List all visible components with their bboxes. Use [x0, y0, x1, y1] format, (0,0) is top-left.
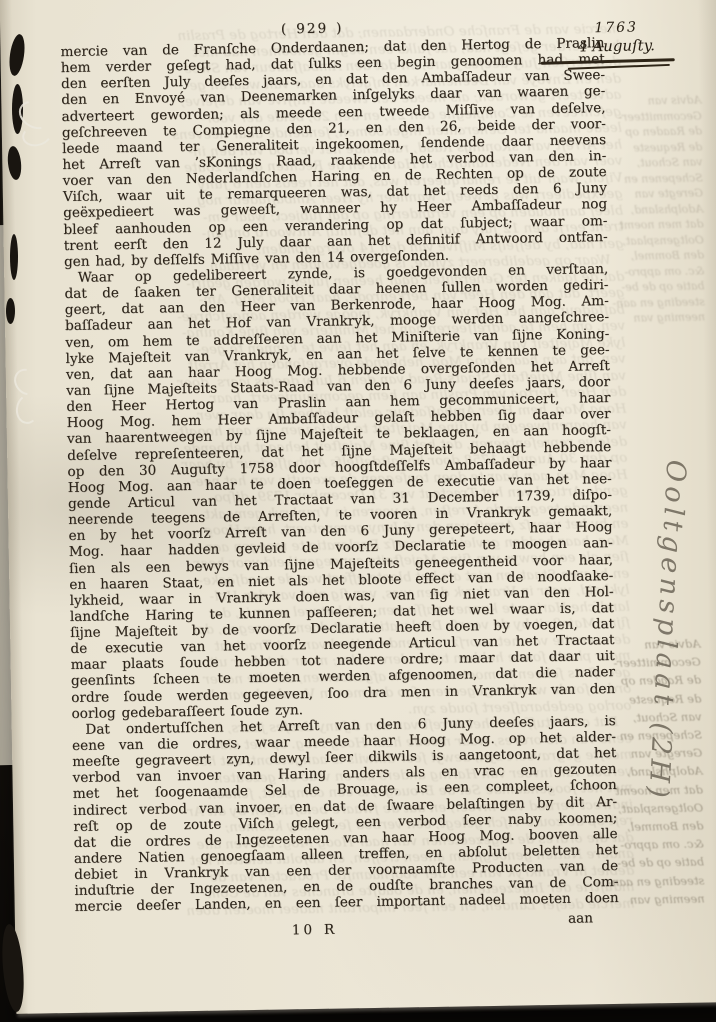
signature-mark: 10 R [292, 921, 338, 938]
bleed-line: batie op de be- [598, 278, 704, 295]
body-text: mercie van de Franſche Onderdaanen; dat … [60, 35, 618, 915]
bleed-line: Advis van [595, 92, 701, 109]
bleed-line: van Schout, [596, 154, 702, 171]
document-page: mercie van de Franſche Onderdaanen; dat … [0, 0, 716, 1014]
page-footer: 10 R aan [75, 910, 619, 949]
catchword: aan [568, 910, 593, 927]
bleed-line: Gecommitteer- [596, 108, 702, 125]
bleed-line: de Requeste [596, 139, 702, 156]
page-curl-shadow [698, 0, 716, 1002]
bleed-line: Adolphsland, [597, 201, 703, 218]
bleed-line: neeming van [599, 309, 705, 326]
verso-bleed-through-top: Advis vanGecommitteer-de Raaden opde Req… [595, 92, 705, 326]
text-column: ( 929 ) mercie van de Franſche Onderdaan… [60, 16, 619, 948]
bleed-line: Ooltgensplaat, [598, 232, 704, 249]
bleed-line: Schepenen en [597, 170, 703, 187]
bleed-line: Geregte van [597, 185, 703, 202]
binding-edge-tear [6, 298, 15, 324]
document-photo: mercie van de Franſche Onderdaanen; dat … [0, 0, 716, 1022]
binding-edge-tear [10, 234, 18, 280]
bleed-line: steeding en aan- [599, 294, 705, 311]
bleed-line: &c. om appro- [598, 263, 704, 280]
handwritten-margin-note: Ooltgensplaat (2H) [642, 459, 691, 803]
bleed-line: dat men noemt [597, 216, 703, 233]
bleed-line: de Raaden op [596, 123, 702, 140]
bleed-line: den Bommel, [598, 247, 704, 264]
